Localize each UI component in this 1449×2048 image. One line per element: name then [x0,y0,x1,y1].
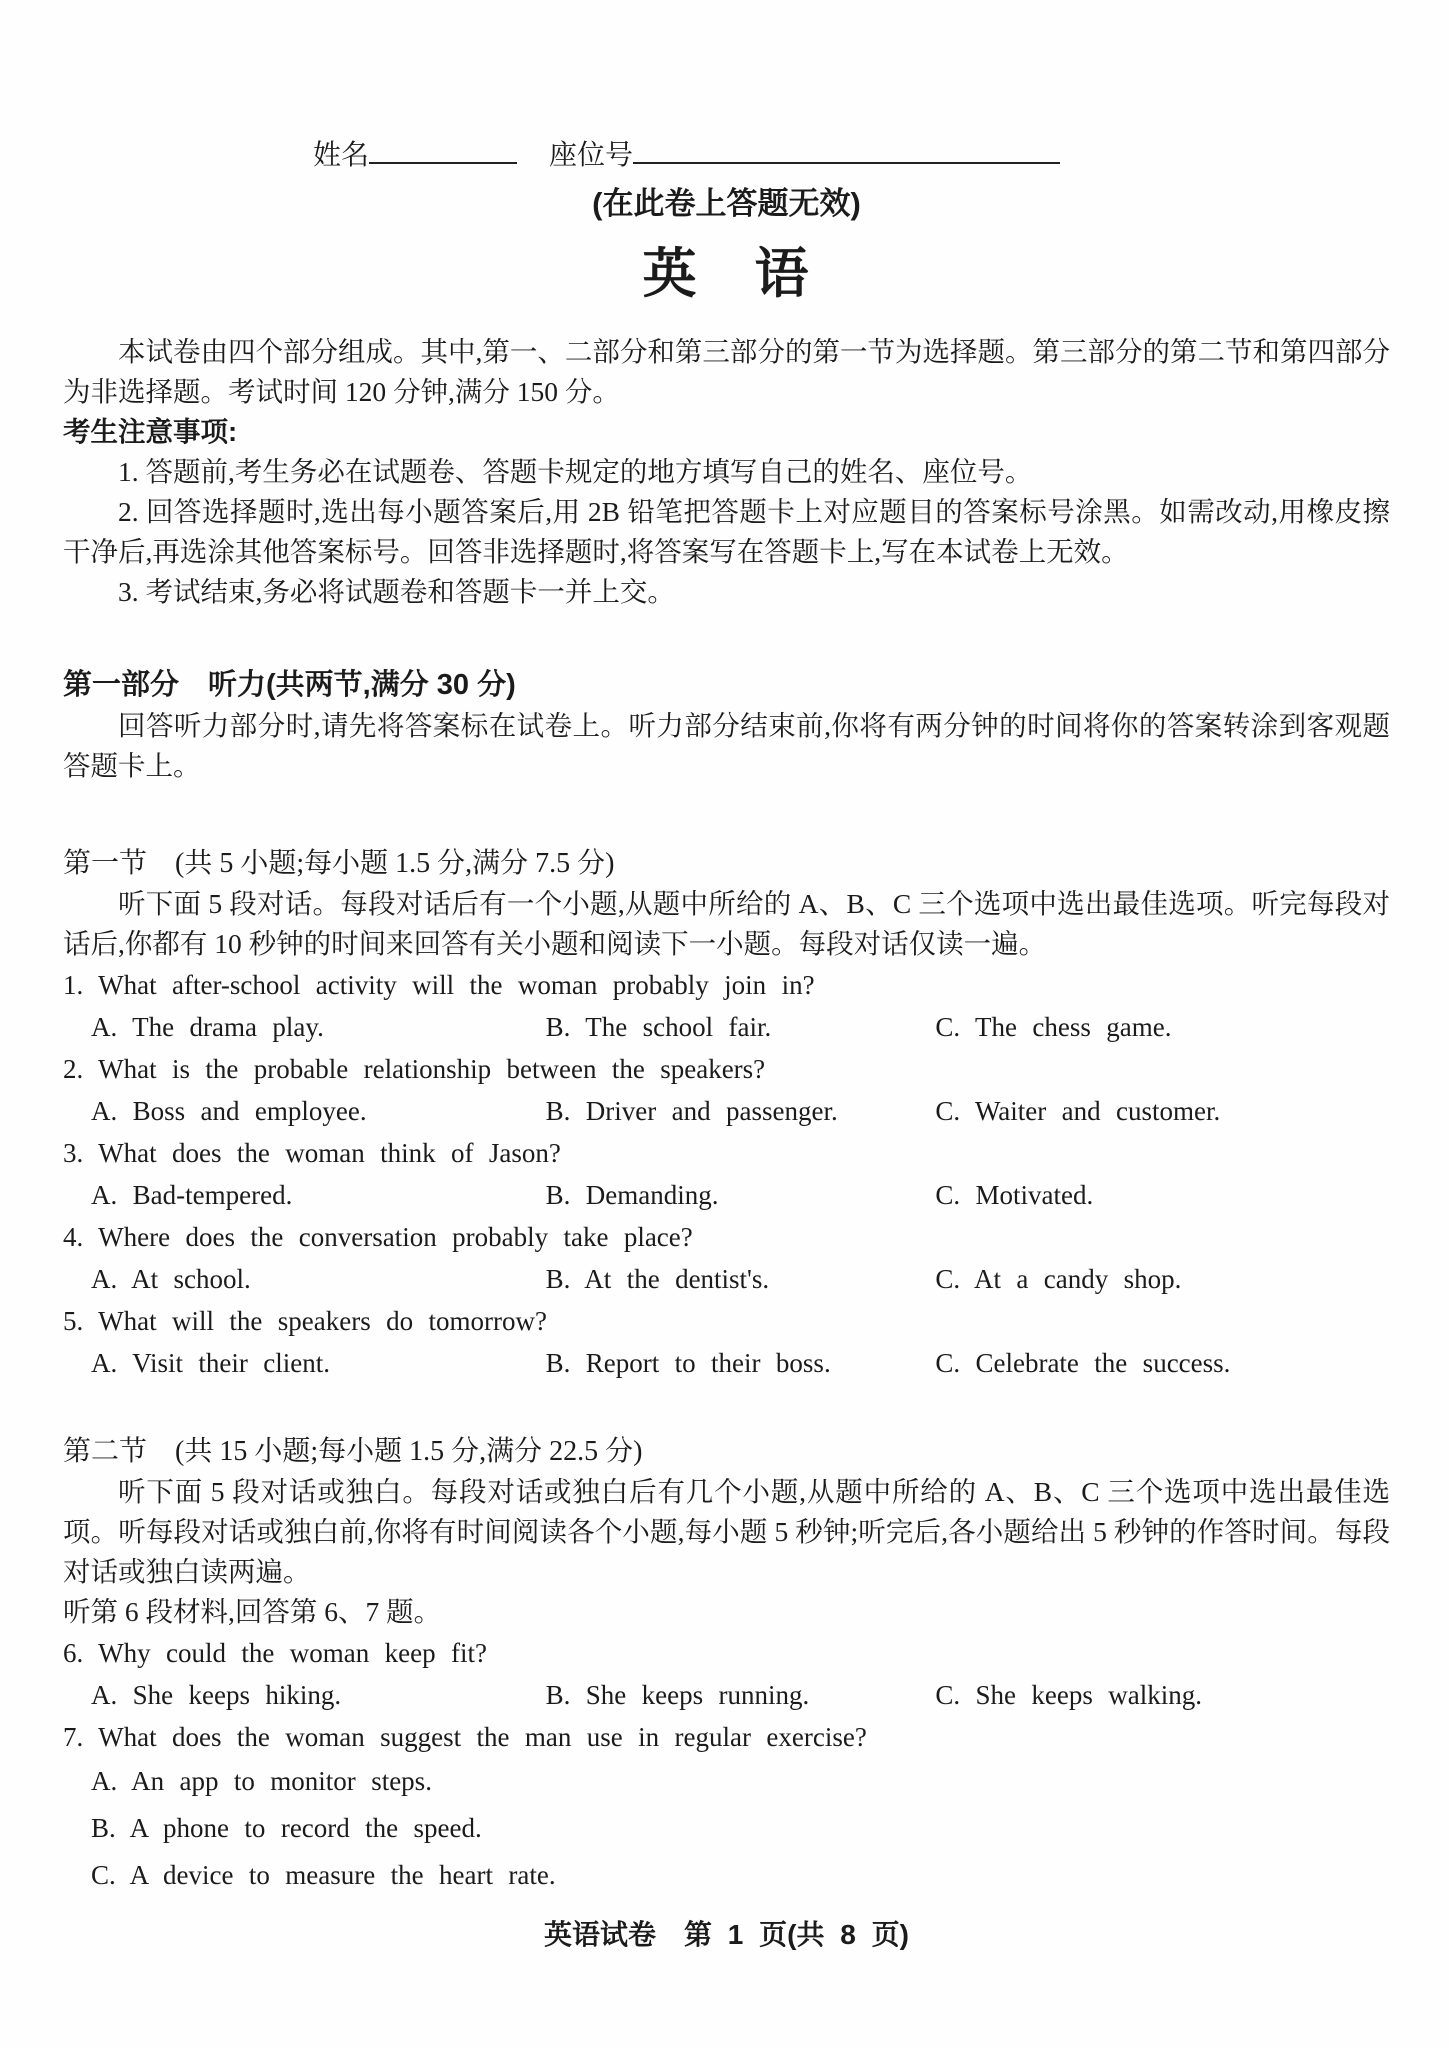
option-b: B. Report to their boss. [546,1342,936,1384]
option-a: A. She keeps hiking. [91,1674,546,1716]
name-blank-line [369,136,517,164]
page-footer: 英语试卷 第 1 页(共 8 页) [63,1915,1390,1955]
question-7: 7. What does the woman suggest the man u… [63,1716,1390,1758]
part1-instruction: 回答听力部分时,请先将答案标在试卷上。听力部分结束前,你将有两分钟的时间将你的答… [63,706,1390,786]
option-c: C. At a candy shop. [935,1258,1390,1300]
question-1: 1. What after-school activity will the w… [63,964,1390,1006]
question-text: What is the probable relationship betwee… [98,1054,765,1084]
option-a: A. At school. [91,1258,546,1300]
option-a: A. Bad-tempered. [91,1174,546,1216]
question-6: 6. Why could the woman keep fit? [63,1632,1390,1674]
question-text: Why could the woman keep fit? [98,1638,487,1668]
candidate-notes-heading: 考生注意事项: [63,412,1390,452]
question-2: 2. What is the probable relationship bet… [63,1048,1390,1090]
question-4: 4. Where does the conversation probably … [63,1216,1390,1258]
question-number: 6. [63,1638,83,1668]
question-text: What will the speakers do tomorrow? [98,1306,547,1336]
seat-number-blank-line [633,136,1060,164]
question-text: Where does the conversation probably tak… [98,1222,693,1252]
answer-invalid-note: (在此卷上答题无效) [63,182,1390,226]
section2-instruction: 听下面 5 段对话或独白。每段对话或独白后有几个小题,从题中所给的 A、B、C … [63,1472,1390,1592]
material-6-note: 听第 6 段材料,回答第 6、7 题。 [63,1592,1390,1632]
option-a: A. Boss and employee. [91,1090,546,1132]
question-number: 4. [63,1222,83,1252]
question-7-options: A. An app to monitor steps. B. A phone t… [63,1758,1390,1899]
section1-instruction: 听下面 5 段对话。每段对话后有一个小题,从题中所给的 A、B、C 三个选项中选… [63,884,1390,964]
option-b: B. She keeps running. [546,1674,936,1716]
question-text: What does the woman think of Jason? [98,1138,561,1168]
option-b: B. A phone to record the speed. [63,1805,1390,1852]
option-a: A. The drama play. [91,1006,546,1048]
question-4-options: A. At school. B. At the dentist's. C. At… [63,1258,1390,1300]
paper-intro-paragraph: 本试卷由四个部分组成。其中,第一、二部分和第三部分的第一节为选择题。第三部分的第… [63,332,1390,412]
question-5-options: A. Visit their client. B. Report to thei… [63,1342,1390,1384]
candidate-note-1: 1. 答题前,考生务必在试题卷、答题卡规定的地方填写自己的姓名、座位号。 [63,452,1390,492]
question-6-options: A. She keeps hiking. B. She keeps runnin… [63,1674,1390,1716]
option-a: A. An app to monitor steps. [63,1758,1390,1805]
exam-paper-page: 姓名座位号 (在此卷上答题无效) 英 语 本试卷由四个部分组成。其中,第一、二部… [0,0,1449,2048]
question-number: 7. [63,1722,83,1752]
option-c: C. Celebrate the success. [935,1342,1390,1384]
option-c: C. A device to measure the heart rate. [63,1852,1390,1899]
header-fields: 姓名座位号 [313,136,1390,174]
question-text: What after-school activity will the woma… [98,970,814,1000]
question-3-options: A. Bad-tempered. B. Demanding. C. Motiva… [63,1174,1390,1216]
paper-title: 英 语 [63,238,1390,310]
option-c: C. The chess game. [935,1006,1390,1048]
option-c: C. Waiter and customer. [935,1090,1390,1132]
question-number: 5. [63,1306,83,1336]
question-number: 2. [63,1054,83,1084]
candidate-note-3: 3. 考试结束,务必将试题卷和答题卡一并上交。 [63,572,1390,612]
section2-heading: 第二节 (共 15 小题;每小题 1.5 分,满分 22.5 分) [63,1432,1390,1472]
candidate-note-2: 2. 回答选择题时,选出每小题答案后,用 2B 铅笔把答题卡上对应题目的答案标号… [63,492,1390,572]
question-text: What does the woman suggest the man use … [98,1722,867,1752]
option-c: C. Motivated. [935,1174,1390,1216]
question-5: 5. What will the speakers do tomorrow? [63,1300,1390,1342]
part1-heading: 第一部分 听力(共两节,满分 30 分) [63,664,1390,706]
question-2-options: A. Boss and employee. B. Driver and pass… [63,1090,1390,1132]
question-number: 3. [63,1138,83,1168]
seat-number-label: 座位号 [549,140,633,171]
option-c: C. She keeps walking. [935,1674,1390,1716]
question-number: 1. [63,970,83,1000]
option-b: B. Driver and passenger. [546,1090,936,1132]
option-b: B. Demanding. [546,1174,936,1216]
question-1-options: A. The drama play. B. The school fair. C… [63,1006,1390,1048]
name-label: 姓名 [313,140,369,171]
section1-heading: 第一节 (共 5 小题;每小题 1.5 分,满分 7.5 分) [63,844,1390,884]
option-b: B. At the dentist's. [546,1258,936,1300]
option-a: A. Visit their client. [91,1342,546,1384]
option-b: B. The school fair. [546,1006,936,1048]
question-3: 3. What does the woman think of Jason? [63,1132,1390,1174]
